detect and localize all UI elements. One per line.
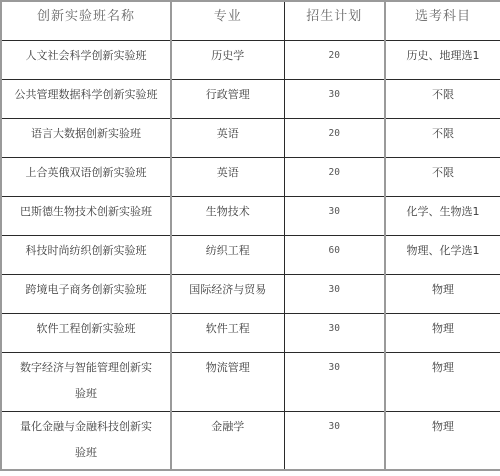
major-cell: 英语 (171, 157, 284, 196)
class-name-text: 量化金融与金融科技创新实验班 (16, 414, 156, 466)
header-major: 专业 (171, 1, 284, 40)
major-cell: 金融学 (171, 411, 284, 470)
plan-cell: 20 (284, 118, 385, 157)
plan-cell: 30 (284, 411, 385, 470)
header-class-name: 创新实验班名称 (1, 1, 171, 40)
subjects-cell: 历史、地理选1 (385, 40, 500, 79)
subjects-cell: 化学、生物选1 (385, 196, 500, 235)
major-cell: 软件工程 (171, 313, 284, 352)
table-row: 上合英俄双语创新实验班 英语 20 不限 (1, 157, 500, 196)
class-name-cell: 量化金融与金融科技创新实验班 (1, 411, 171, 470)
class-name-cell: 公共管理数据科学创新实验班 (1, 79, 171, 118)
plan-cell: 30 (284, 79, 385, 118)
class-name-cell: 数字经济与智能管理创新实验班 (1, 352, 171, 411)
table-row: 软件工程创新实验班 软件工程 30 物理 (1, 313, 500, 352)
major-cell: 国际经济与贸易 (171, 274, 284, 313)
subjects-cell: 物理 (385, 411, 500, 470)
table-row: 跨境电子商务创新实验班 国际经济与贸易 30 物理 (1, 274, 500, 313)
major-cell: 历史学 (171, 40, 284, 79)
subjects-cell: 不限 (385, 157, 500, 196)
subjects-cell: 物理 (385, 352, 500, 411)
table-row: 人文社会科学创新实验班 历史学 20 历史、地理选1 (1, 40, 500, 79)
subjects-cell: 不限 (385, 79, 500, 118)
subjects-cell: 物理、化学选1 (385, 235, 500, 274)
plan-cell: 60 (284, 235, 385, 274)
table-row: 量化金融与金融科技创新实验班 金融学 30 物理 (1, 411, 500, 470)
major-cell: 英语 (171, 118, 284, 157)
header-row: 创新实验班名称 专业 招生计划 选考科目 (1, 1, 500, 40)
plan-cell: 30 (284, 352, 385, 411)
header-enrollment-plan: 招生计划 (284, 1, 385, 40)
plan-cell: 30 (284, 274, 385, 313)
table-row: 公共管理数据科学创新实验班 行政管理 30 不限 (1, 79, 500, 118)
table-row: 巴斯德生物技术创新实验班 生物技术 30 化学、生物选1 (1, 196, 500, 235)
class-name-cell: 科技时尚纺织创新实验班 (1, 235, 171, 274)
enrollment-table: 创新实验班名称 专业 招生计划 选考科目 人文社会科学创新实验班 历史学 20 … (0, 0, 500, 471)
subjects-cell: 物理 (385, 274, 500, 313)
class-name-cell: 上合英俄双语创新实验班 (1, 157, 171, 196)
class-name-text: 数字经济与智能管理创新实验班 (16, 355, 156, 407)
table-row: 科技时尚纺织创新实验班 纺织工程 60 物理、化学选1 (1, 235, 500, 274)
class-name-cell: 巴斯德生物技术创新实验班 (1, 196, 171, 235)
table-row: 数字经济与智能管理创新实验班 物流管理 30 物理 (1, 352, 500, 411)
header-subjects: 选考科目 (385, 1, 500, 40)
plan-cell: 20 (284, 157, 385, 196)
class-name-cell: 语言大数据创新实验班 (1, 118, 171, 157)
plan-cell: 30 (284, 196, 385, 235)
class-name-cell: 人文社会科学创新实验班 (1, 40, 171, 79)
subjects-cell: 不限 (385, 118, 500, 157)
major-cell: 生物技术 (171, 196, 284, 235)
major-cell: 纺织工程 (171, 235, 284, 274)
class-name-cell: 软件工程创新实验班 (1, 313, 171, 352)
subjects-cell: 物理 (385, 313, 500, 352)
plan-cell: 20 (284, 40, 385, 79)
class-name-cell: 跨境电子商务创新实验班 (1, 274, 171, 313)
major-cell: 物流管理 (171, 352, 284, 411)
major-cell: 行政管理 (171, 79, 284, 118)
table-row: 语言大数据创新实验班 英语 20 不限 (1, 118, 500, 157)
plan-cell: 30 (284, 313, 385, 352)
